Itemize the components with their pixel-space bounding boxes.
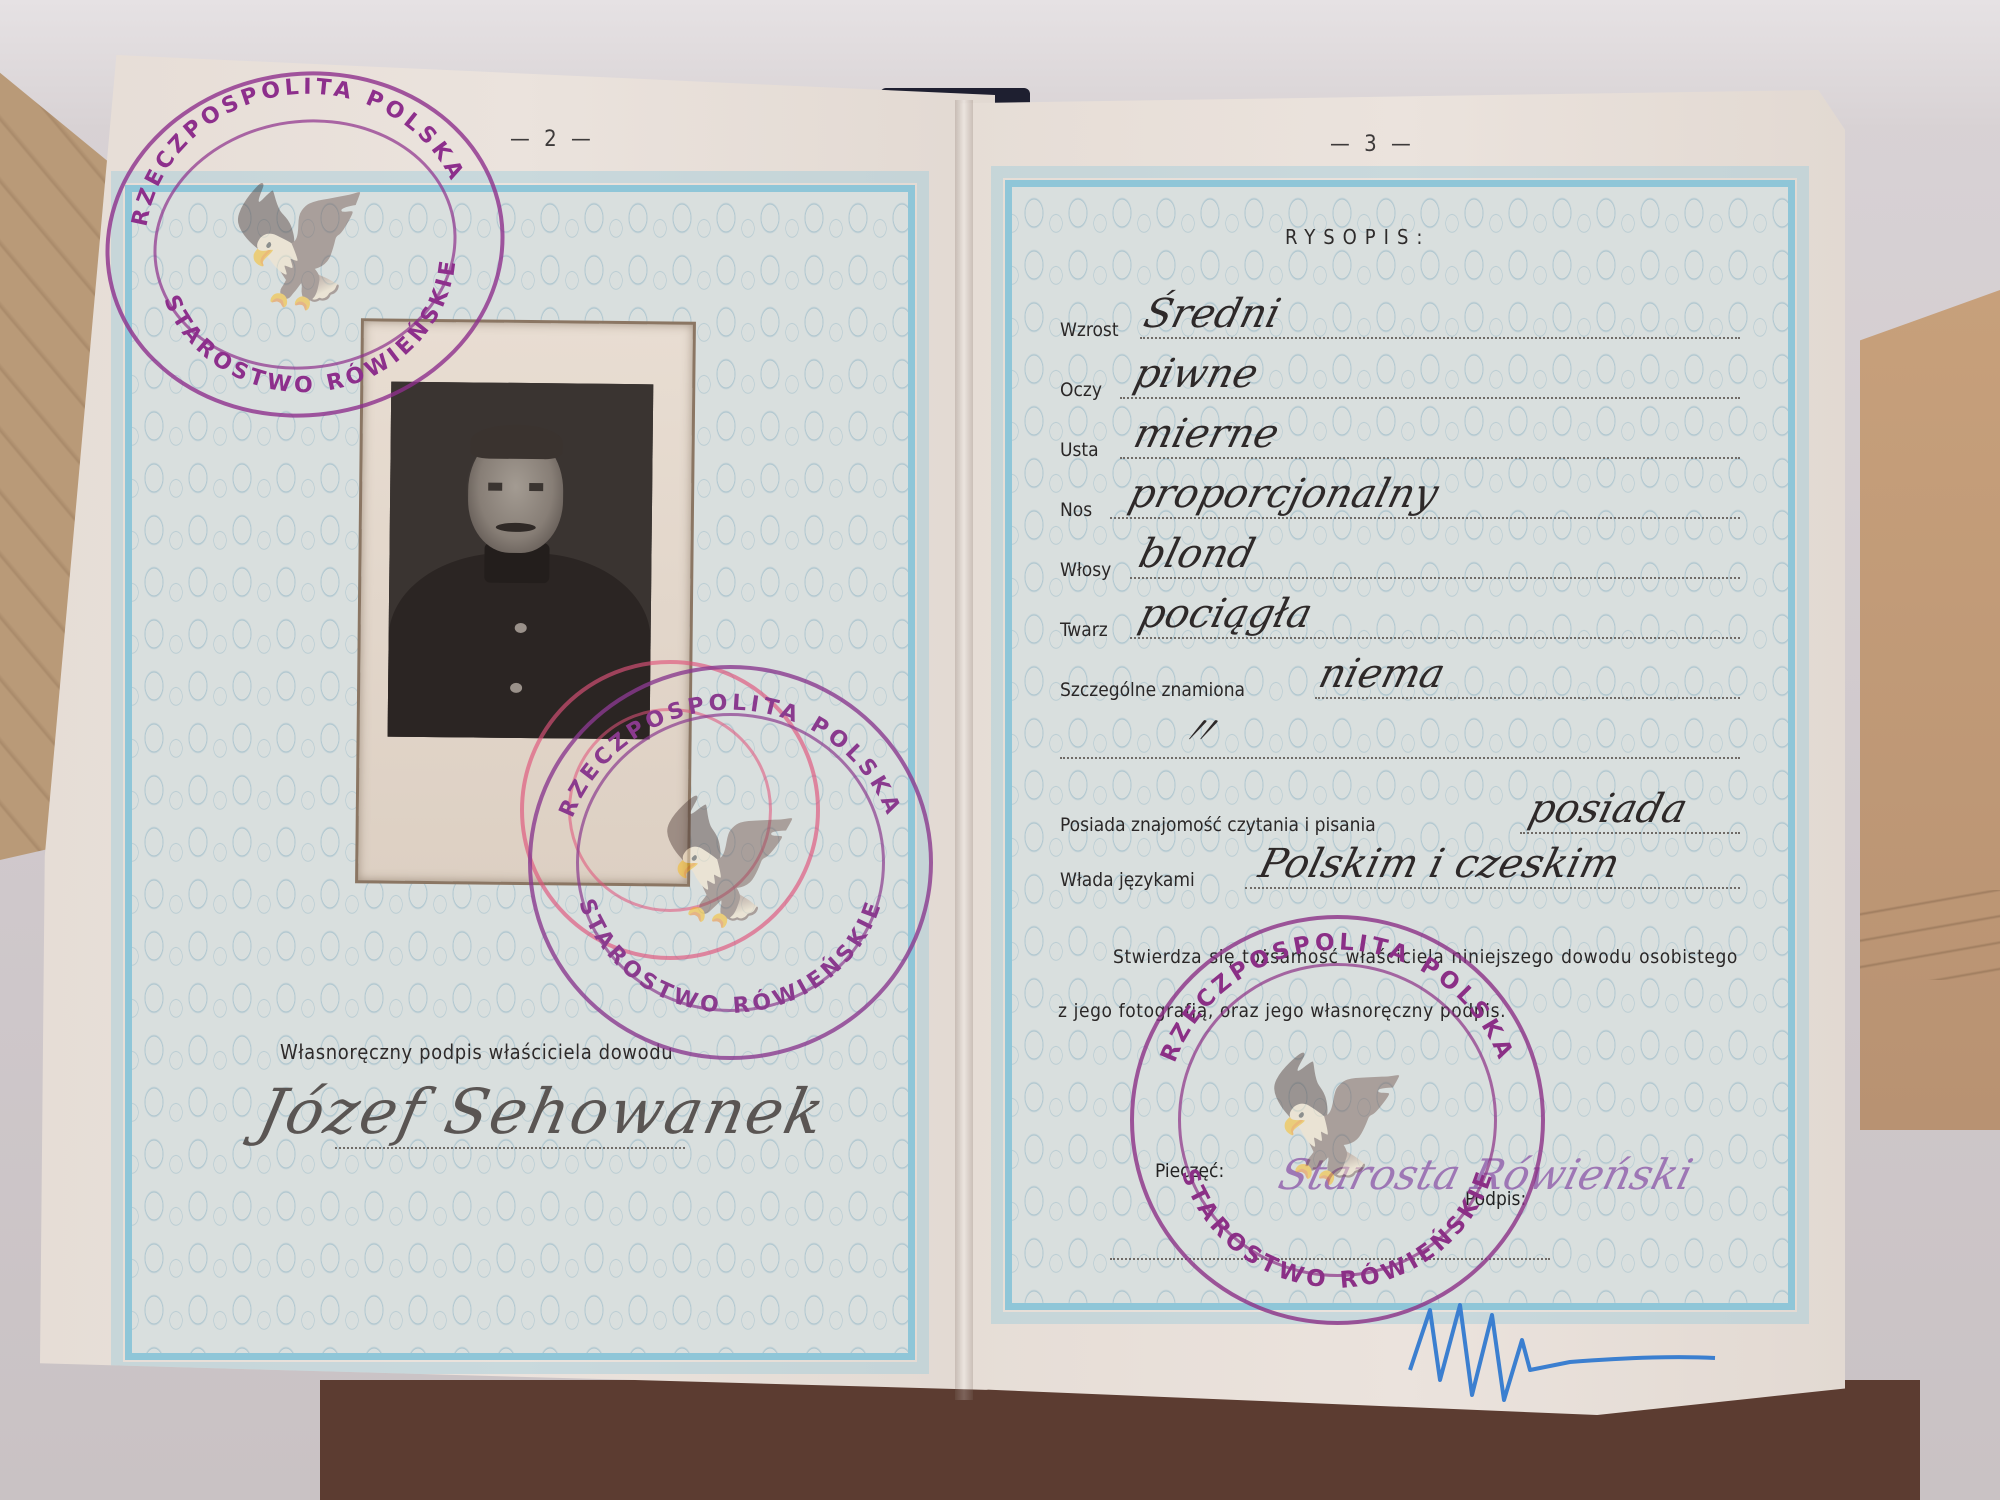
field-value: Średni xyxy=(1139,291,1285,337)
field-label: Włosy xyxy=(1060,559,1111,581)
form-row: 〃 xyxy=(1060,715,1740,765)
field-value: posiada xyxy=(1524,786,1692,832)
photo-button xyxy=(515,623,527,633)
owner-signature: Józef Sehowanek xyxy=(252,1075,832,1148)
photo-button xyxy=(510,683,522,693)
portrait-image xyxy=(388,382,654,740)
field-line xyxy=(1060,757,1740,759)
page-number: — 3 — xyxy=(1330,132,1415,157)
field-line xyxy=(1120,457,1740,459)
photo-eyes xyxy=(488,483,543,492)
form-row: Włosyblond xyxy=(1060,535,1740,585)
signature-line xyxy=(1110,1258,1550,1260)
field-value: Polskim i czeskim xyxy=(1254,841,1624,887)
form-row: WzrostŚredni xyxy=(1060,295,1740,345)
field-line xyxy=(1245,887,1740,889)
field-label: Oczy xyxy=(1060,379,1102,401)
field-line xyxy=(1140,337,1740,339)
signature-caption: Własnoręczny podpis właściciela dowodu xyxy=(280,1040,673,1064)
field-label: Posiada znajomość czytania i pisania xyxy=(1060,814,1376,836)
field-value: proporcjonalny xyxy=(1124,471,1443,517)
background-cardboard-right xyxy=(1860,290,2000,1130)
field-value: piwne xyxy=(1129,351,1263,397)
form-row: Szczególne znamionaniema xyxy=(1060,655,1740,705)
field-label: Twarz xyxy=(1060,619,1108,641)
field-line xyxy=(1130,577,1740,579)
form-row: Nosproporcjonalny xyxy=(1060,475,1740,525)
photo-mustache xyxy=(496,523,536,532)
field-label: Szczególne znamiona xyxy=(1060,679,1245,701)
field-label: Wzrost xyxy=(1060,319,1119,341)
field-line xyxy=(1520,832,1740,834)
form-row: Posiada znajomość czytania i pisaniaposi… xyxy=(1060,790,1740,840)
form-title: RYSOPIS: xyxy=(1285,225,1430,249)
field-line xyxy=(1130,637,1740,639)
left-page: — 2 — Własnoręczny podpis właściciela do… xyxy=(40,55,995,1390)
seal-label: Pieczęć: xyxy=(1155,1160,1224,1182)
field-label: Nos xyxy=(1060,499,1092,521)
identity-statement: Stwierdza się tożsamość właściciela nini… xyxy=(1058,930,1738,1038)
field-label: Włada językami xyxy=(1060,869,1195,891)
form-row: Oczypiwne xyxy=(1060,355,1740,405)
field-line xyxy=(1120,397,1740,399)
field-value: mierne xyxy=(1129,411,1283,457)
photo xyxy=(355,318,696,886)
field-value: niema xyxy=(1314,651,1449,697)
photo-hair xyxy=(471,424,563,459)
book-gutter xyxy=(955,100,973,1400)
field-line xyxy=(1110,517,1740,519)
page-number: — 2 — xyxy=(510,127,595,152)
official-signature xyxy=(1400,1300,1720,1410)
form-row: Ustamierne xyxy=(1060,415,1740,465)
signature-label: Podpis: xyxy=(1465,1188,1526,1210)
field-label: Usta xyxy=(1060,439,1099,461)
form-row: Włada językamiPolskim i czeskim xyxy=(1060,845,1740,895)
form-row: Twarzpociągła xyxy=(1060,595,1740,645)
field-value: pociągła xyxy=(1134,591,1317,637)
field-line xyxy=(1315,697,1740,699)
right-page: — 3 — RYSOPIS: WzrostŚredniOczypiwneUsta… xyxy=(960,90,1845,1415)
field-value: blond xyxy=(1134,531,1259,577)
